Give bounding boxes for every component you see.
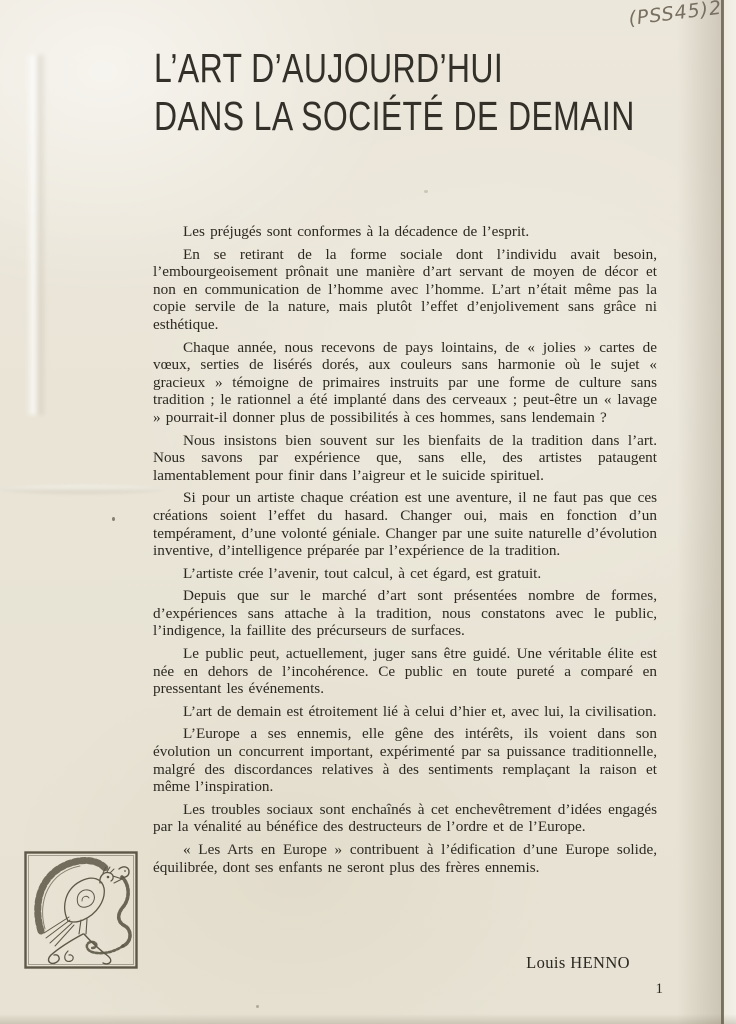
scan-background-strip: [724, 0, 736, 1024]
paragraph: L’Europe a ses ennemis, elle gêne des in…: [153, 725, 657, 795]
paragraph: Chaque année, nous recevons de pays loin…: [153, 339, 657, 427]
paper-crease-vertical: [26, 55, 46, 415]
author-signature: Louis HENNO: [153, 953, 630, 973]
page-number: 1: [553, 981, 663, 998]
paper-crease-horizontal: [0, 485, 165, 494]
article-body: Les préjugés sont conformes à la décaden…: [153, 223, 657, 881]
paragraph: L’artiste crée l’avenir, tout calcul, à …: [153, 565, 657, 583]
paragraph: Depuis que sur le marché d’art sont prés…: [153, 587, 657, 640]
paper-bottom-shadow: [0, 1014, 736, 1024]
paragraph: Si pour un artiste chaque création est u…: [153, 489, 657, 559]
title-line-1: L’ART D’AUJOURD’HUI: [154, 44, 635, 92]
paragraph: Les troubles sociaux sont enchaînés à ce…: [153, 801, 657, 836]
paragraph: L’art de demain est étroitement lié à ce…: [153, 703, 657, 721]
paper-speck: [424, 190, 428, 193]
paper-edge-shadow: [677, 0, 723, 1024]
paragraph: En se retirant de la forme sociale dont …: [153, 246, 657, 334]
page-title: L’ART D’AUJOURD’HUI DANS LA SOCIÉTÉ DE D…: [154, 44, 736, 140]
title-line-2: DANS LA SOCIÉTÉ DE DEMAIN: [154, 92, 635, 140]
paragraph: Les préjugés sont conformes à la décaden…: [153, 223, 657, 241]
document-page: (PSS45)2 L’ART D’AUJOURD’HUI DANS LA SOC…: [0, 0, 736, 1024]
paper-speck: [256, 1005, 259, 1008]
paragraph: Le public peut, actuellement, juger sans…: [153, 645, 657, 698]
paragraph: « Les Arts en Europe » contribuent à l’é…: [153, 841, 657, 876]
paper-speck: [112, 517, 115, 521]
paragraph: Nous insistons bien souvent sur les bien…: [153, 432, 657, 485]
bird-serpent-woodcut-icon: [24, 851, 138, 969]
